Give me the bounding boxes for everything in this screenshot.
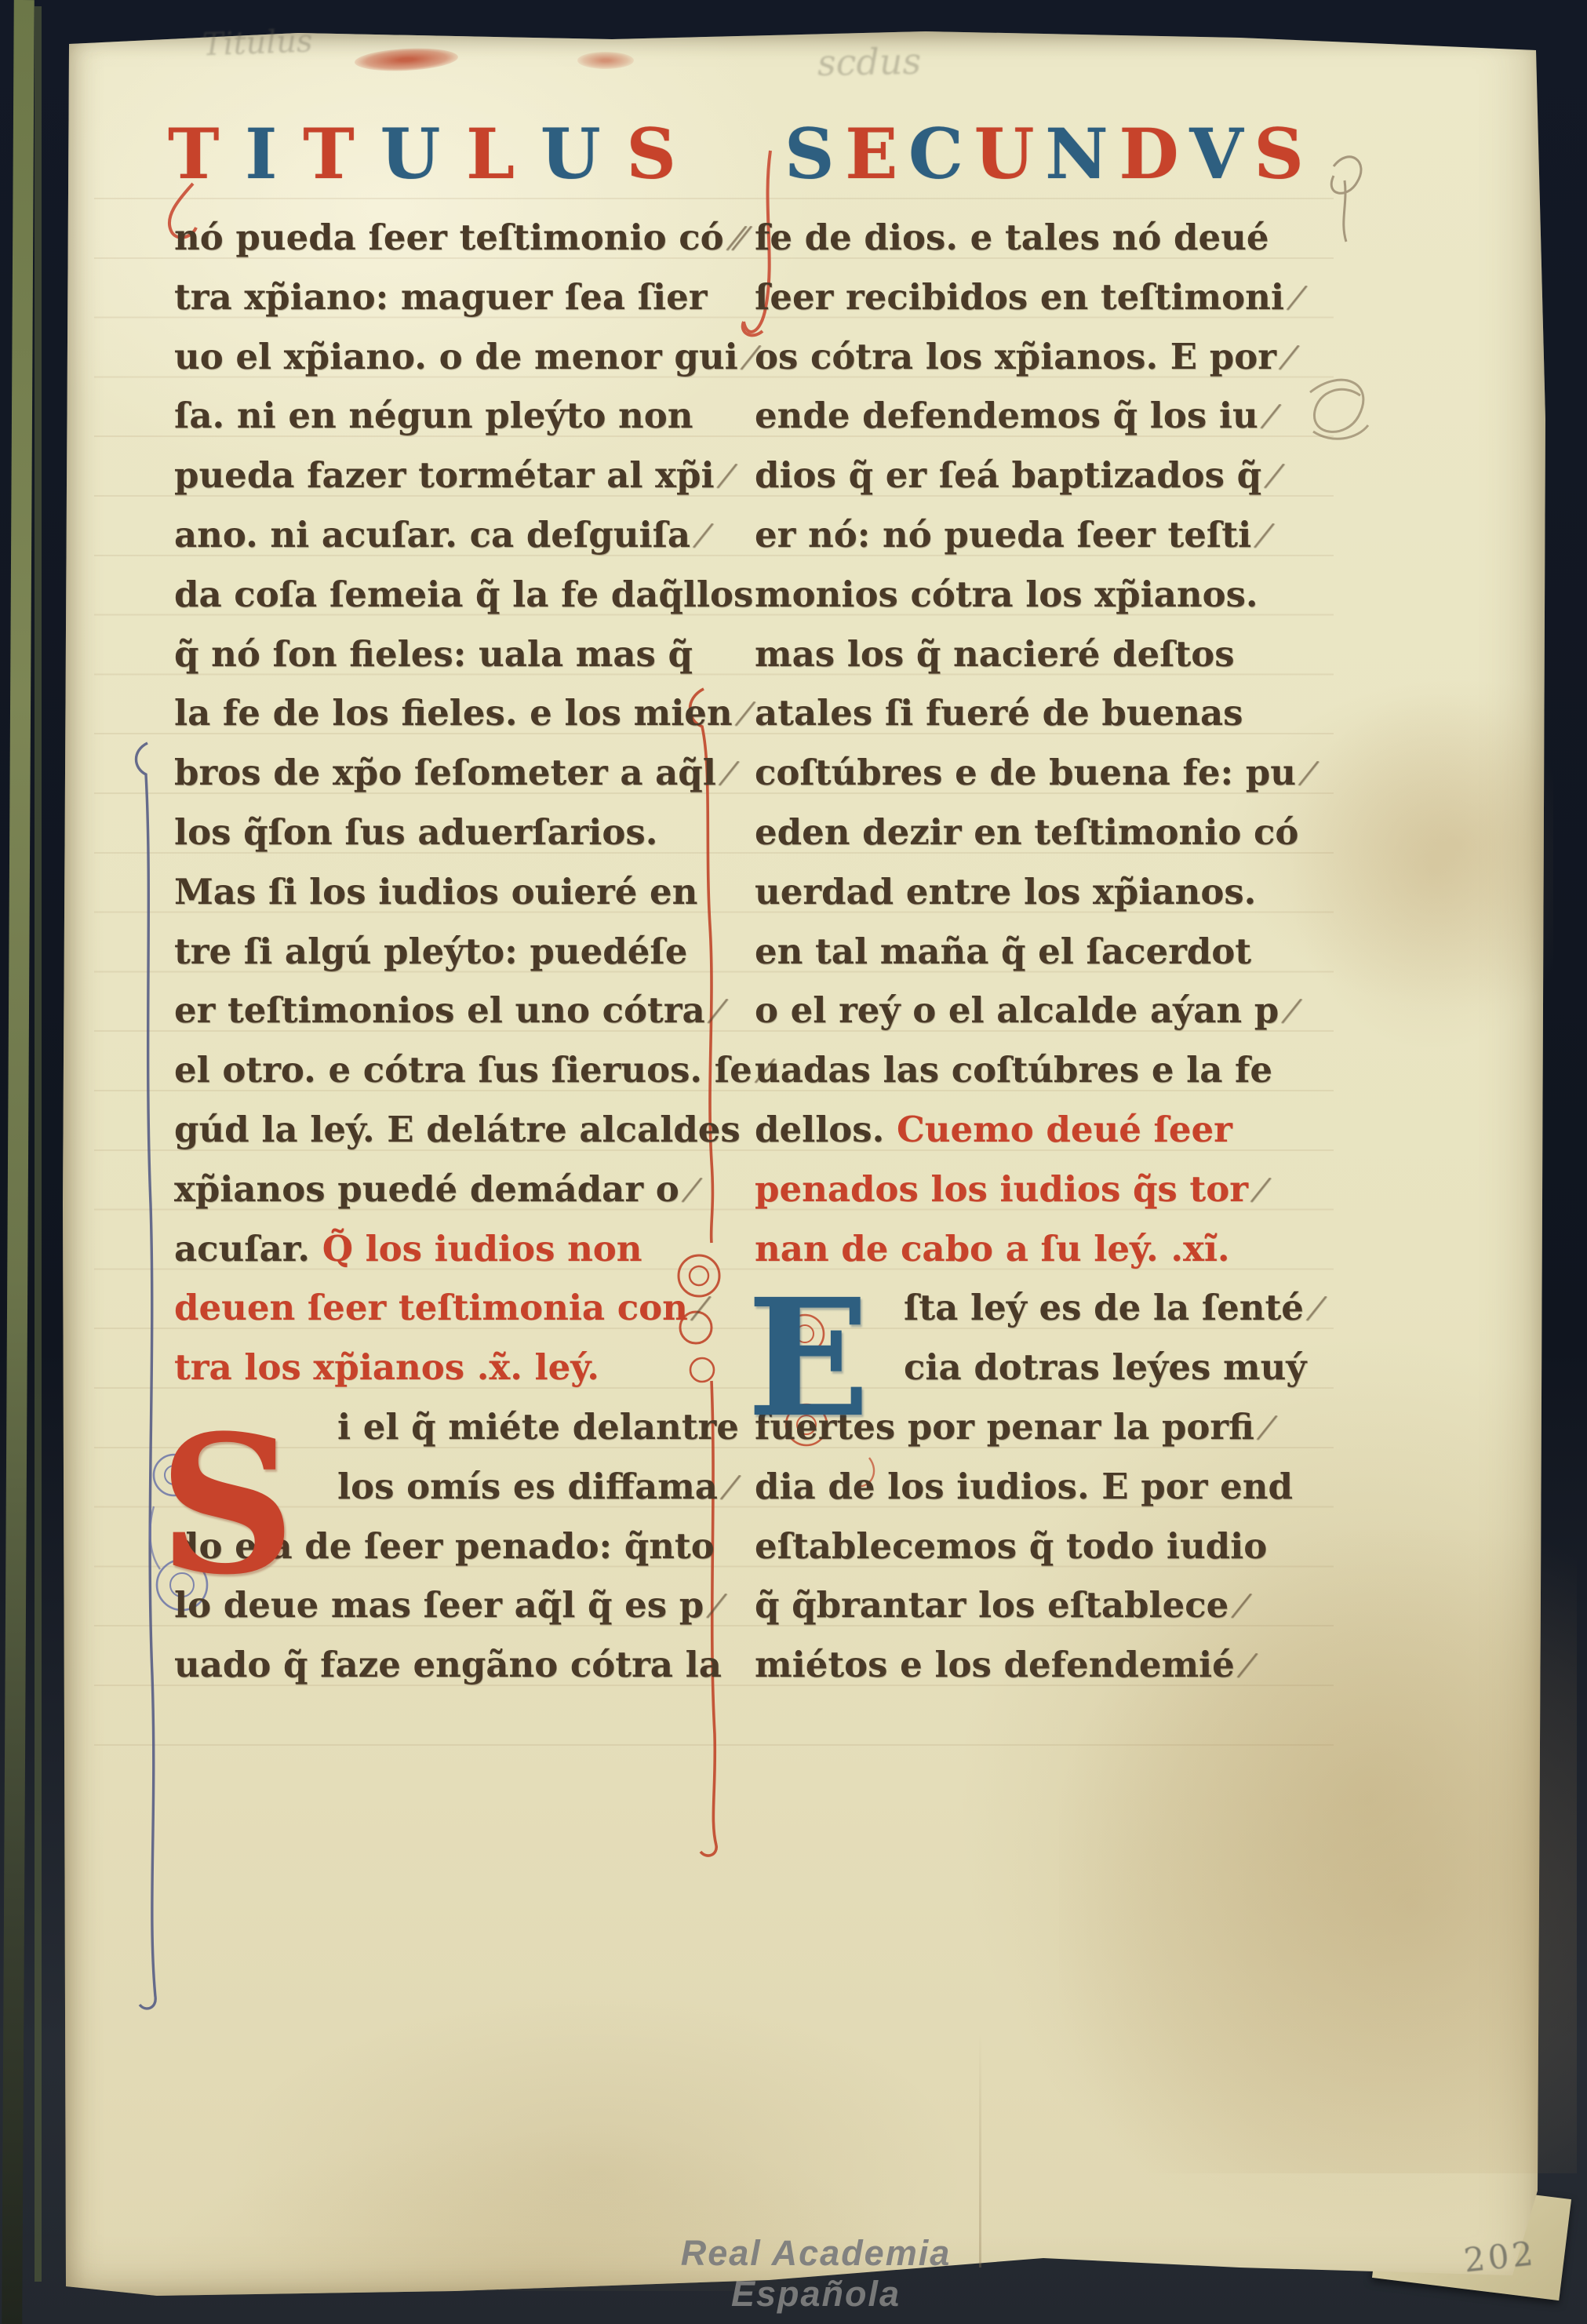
text-line: nó pueda ſeer teſtimonio có ⁄⁄ xyxy=(174,210,689,270)
text-segment: en tal maña q̃ el ſacerdot xyxy=(755,931,1251,972)
text-line: er teſtimonios el uno cótra ⁄ xyxy=(174,983,689,1043)
text-segment: ⁄ xyxy=(705,994,720,1030)
text-segment: o el reý o el alcalde aýan p xyxy=(755,989,1279,1031)
text-line: bros de xp̃o ſeſometer a aq̃l ⁄ xyxy=(174,745,689,805)
text-segment: ⁄ xyxy=(1254,1411,1269,1447)
header-letter: S xyxy=(784,119,835,188)
text-segment: i el q̃ miéte delantre xyxy=(337,1406,739,1448)
text-segment: ⁄ xyxy=(1261,459,1276,495)
text-column-right: fe de dios. e tales nó deuéſeer recibido… xyxy=(755,210,1282,1697)
text-line: uadas las coſtúbres e la fe xyxy=(755,1043,1282,1102)
text-segment: los q̃ſon ſus aduerſarios. xyxy=(174,811,657,853)
header-letter: U xyxy=(380,119,441,188)
text-segment: ⁄ xyxy=(1258,399,1273,435)
text-segment: ⁄ xyxy=(1276,341,1291,377)
text-segment: ⁄ xyxy=(704,1589,719,1625)
text-segment: Cuemo deué ſeer xyxy=(897,1109,1232,1150)
text-segment: atales ſi fueré de buenas xyxy=(755,692,1243,734)
header-word-secundus: SECUNDVS xyxy=(784,119,1304,188)
text-segment: ⁄ xyxy=(688,1291,703,1328)
text-segment: fe de dios. e tales nó deué xyxy=(755,217,1269,258)
header-letter: U xyxy=(974,119,1035,188)
text-segment: ⁄ xyxy=(1235,1648,1250,1685)
text-segment: miétos e los defendemié xyxy=(755,1644,1235,1685)
header-word-titulus: TITULUS xyxy=(168,119,676,188)
text-segment: ⁄ xyxy=(1296,756,1311,792)
header-letter: N xyxy=(1045,119,1108,188)
text-line: penados los iudios q̃s tor ⁄ xyxy=(755,1162,1282,1222)
text-line: dellos. Cuemo deué ſeer xyxy=(755,1102,1282,1162)
rae-watermark: Real Academia Española xyxy=(604,2233,1028,2315)
text-segment: la fe de los fieles. e los mien xyxy=(174,692,733,734)
text-segment: bros de xp̃o ſeſometer a aq̃l xyxy=(174,752,716,793)
text-line: monios cótra los xp̃ianos. xyxy=(755,567,1282,627)
text-segment: ſeer recibidos en teſtimoni xyxy=(755,276,1284,318)
text-segment: ⁄ xyxy=(1248,1173,1263,1209)
text-segment: ⁄ xyxy=(715,459,730,495)
text-line: en tal maña q̃ el ſacerdot xyxy=(755,924,1282,984)
header-letter: L xyxy=(466,119,515,188)
header-letter: T xyxy=(168,119,219,188)
text-line: mas los q̃ nacieré deſtos xyxy=(755,627,1282,687)
text-line: fe de dios. e tales nó deué xyxy=(755,210,1282,270)
text-segment: acuſar. xyxy=(174,1228,322,1269)
text-line: tra xp̃iano: maguer ſea ſier xyxy=(174,270,689,330)
text-line: miétos e los defendemié ⁄ xyxy=(755,1637,1282,1697)
initial-s: S xyxy=(158,1411,296,1601)
text-segment: los omís es diffama xyxy=(337,1466,718,1507)
text-segment: ⁄ xyxy=(718,1470,733,1506)
text-segment: tra xp̃iano: maguer ſea ſier xyxy=(174,276,707,318)
text-line: atales ſi fueré de buenas xyxy=(755,686,1282,745)
text-segment: ⁄ xyxy=(738,341,753,377)
text-segment: ⁄ xyxy=(1228,1589,1243,1625)
header-letter: C xyxy=(908,119,963,188)
text-segment: el otro. e cótra ſus ſieruos. ſe xyxy=(174,1049,752,1091)
text-line: pueda fazer tormétar al xp̃i ⁄ xyxy=(174,448,689,508)
text-segment: penados los iudios q̃s tor xyxy=(755,1168,1248,1210)
header-letter: E xyxy=(845,119,897,188)
text-line: uado q̃ faze engãno cótra la xyxy=(174,1637,689,1697)
text-line: ano. ni acuſar. ca deſguiſa ⁄ xyxy=(174,508,689,567)
text-line: os cótra los xp̃ianos. E por ⁄ xyxy=(755,330,1282,389)
header-letter: U xyxy=(541,119,601,188)
text-segment: cia dotras leýes muý xyxy=(904,1346,1306,1388)
text-segment: tre ſi algú pleýto: puedéſe xyxy=(174,931,687,972)
text-segment: mas los q̃ nacieré deſtos xyxy=(755,633,1235,675)
text-segment: tra los xp̃ianos .x̃. leý. xyxy=(174,1346,599,1388)
text-line: q̃ nó ſon fieles: uala mas q̃ xyxy=(174,627,689,687)
text-segment: q̃ nó ſon fieles: uala mas q̃ xyxy=(174,633,693,675)
text-segment: dellos. xyxy=(755,1109,897,1150)
parchment-crease xyxy=(979,2032,981,2268)
faint-inscription-top-left: Titulus xyxy=(202,24,313,64)
header-letter: T xyxy=(303,119,354,188)
text-line: ſeer recibidos en teſtimoni ⁄ xyxy=(755,270,1282,330)
faint-inscription-top-center: scdus xyxy=(817,40,922,84)
text-line: gúd la leý. E delátre alcaldes xyxy=(174,1102,689,1162)
text-segment: q̃ q̃brantar los eſtablece xyxy=(755,1584,1228,1626)
initial-e: E xyxy=(747,1277,870,1439)
text-segment: uerdad entre los xp̃ianos. xyxy=(755,871,1256,912)
text-segment: ano. ni acuſar. ca deſguiſa xyxy=(174,514,690,556)
text-line: da coſa ſemeia q̃ la fe daq̃llos xyxy=(174,567,689,627)
text-segment: gúd la leý. E delátre alcaldes xyxy=(174,1109,741,1150)
text-line: eden dezir en teſtimonio có xyxy=(755,805,1282,865)
text-segment: dia de los iudios. E por end xyxy=(755,1466,1293,1507)
folio-number: 202 xyxy=(1462,2234,1538,2279)
manuscript-photo: Titulus scdus TITULUS SECUNDVS nó pueda … xyxy=(0,0,1587,2324)
text-line: er nó: nó pueda ſeer teſti ⁄ xyxy=(755,508,1282,567)
header-letter: D xyxy=(1119,119,1178,188)
text-segment: eſtablecemos q̃ todo iudio xyxy=(755,1525,1267,1567)
text-segment: ſa. ni en négun pleýto non xyxy=(174,395,693,436)
text-segment: ⁄ xyxy=(716,756,731,792)
text-line: tra los xp̃ianos .x̃. leý. xyxy=(174,1340,689,1400)
header-letter: S xyxy=(626,119,676,188)
text-line: acuſar. Q̃ los iudios non xyxy=(174,1222,689,1281)
text-line: coſtúbres e de buena fe: pu ⁄ xyxy=(755,745,1282,805)
text-segment: Mas ſi los iudios ouieré en xyxy=(174,871,697,912)
text-line: ende defendemos q̃ los iu ⁄ xyxy=(755,388,1282,448)
text-segment: coſtúbres e de buena fe: pu xyxy=(755,752,1296,793)
text-segment: ⁄ xyxy=(1279,994,1294,1030)
text-segment: ⁄ xyxy=(733,697,748,733)
text-line: uo el xp̃iano. o de menor gui ⁄ xyxy=(174,330,689,389)
text-segment: ſta leý es de la ſenté xyxy=(904,1287,1304,1328)
text-line: dia de los iudios. E por end xyxy=(755,1459,1282,1519)
text-segment: pueda fazer tormétar al xp̃i xyxy=(174,454,715,496)
text-segment: ⁄⁄ xyxy=(724,221,744,257)
text-line: la fe de los fieles. e los mien ⁄ xyxy=(174,686,689,745)
header-letter: I xyxy=(245,119,277,188)
text-line: uerdad entre los xp̃ianos. xyxy=(755,865,1282,924)
text-segment: dios q̃ er ſeá baptizados q̃ xyxy=(755,454,1261,496)
text-line: o el reý o el alcalde aýan p ⁄ xyxy=(755,983,1282,1043)
text-line: deuen ſeer teſtimonia con ⁄ xyxy=(174,1280,689,1340)
text-segment: eden dezir en teſtimonio có xyxy=(755,811,1298,853)
text-segment: uado q̃ faze engãno cótra la xyxy=(174,1644,722,1685)
text-segment: xp̃ianos puedé demádar o xyxy=(174,1168,679,1210)
text-segment: ⁄ xyxy=(679,1173,694,1209)
text-line: Mas ſi los iudios ouieré en xyxy=(174,865,689,924)
text-segment: ende defendemos q̃ los iu xyxy=(755,395,1258,436)
text-line: los q̃ſon ſus aduerſarios. xyxy=(174,805,689,865)
text-segment: ⁄ xyxy=(690,519,705,555)
text-segment: ⁄ xyxy=(1304,1291,1319,1328)
header-letter: V xyxy=(1189,119,1243,188)
text-segment: da coſa ſemeia q̃ la fe daq̃llos xyxy=(174,574,753,615)
text-line: dios q̃ er ſeá baptizados q̃ ⁄ xyxy=(755,448,1282,508)
page-edge-strip xyxy=(2,0,35,2324)
text-segment: ⁄ xyxy=(1251,519,1266,555)
text-segment: uo el xp̃iano. o de menor gui xyxy=(174,336,738,377)
red-pigment-stain xyxy=(577,52,634,69)
text-segment: er nó: nó pueda ſeer teſti xyxy=(755,514,1251,556)
page-edge-strip-thin xyxy=(35,6,42,2282)
text-segment: uadas las coſtúbres e la fe xyxy=(755,1049,1272,1091)
text-line: ſa. ni en négun pleýto non xyxy=(174,388,689,448)
text-segment: os cótra los xp̃ianos. E por xyxy=(755,336,1276,377)
text-segment: ⁄ xyxy=(1284,281,1299,317)
text-line: el otro. e cótra ſus ſieruos. ſe ⁄ xyxy=(174,1043,689,1102)
text-segment: Q̃ los iudios non xyxy=(322,1228,642,1269)
margin-flourish-blue xyxy=(124,734,179,2020)
text-line: tre ſi algú pleýto: puedéſe xyxy=(174,924,689,984)
text-segment: nó pueda ſeer teſtimonio có xyxy=(174,217,724,258)
text-line: eſtablecemos q̃ todo iudio xyxy=(755,1519,1282,1579)
text-segment: er teſtimonios el uno cótra xyxy=(174,989,705,1031)
text-line: q̃ q̃brantar los eſtablece ⁄ xyxy=(755,1578,1282,1637)
text-line: xp̃ianos puedé demádar o ⁄ xyxy=(174,1162,689,1222)
text-segment: monios cótra los xp̃ianos. xyxy=(755,574,1258,615)
text-segment: deuen ſeer teſtimonia con xyxy=(174,1287,688,1328)
header-letter: S xyxy=(1254,119,1304,188)
